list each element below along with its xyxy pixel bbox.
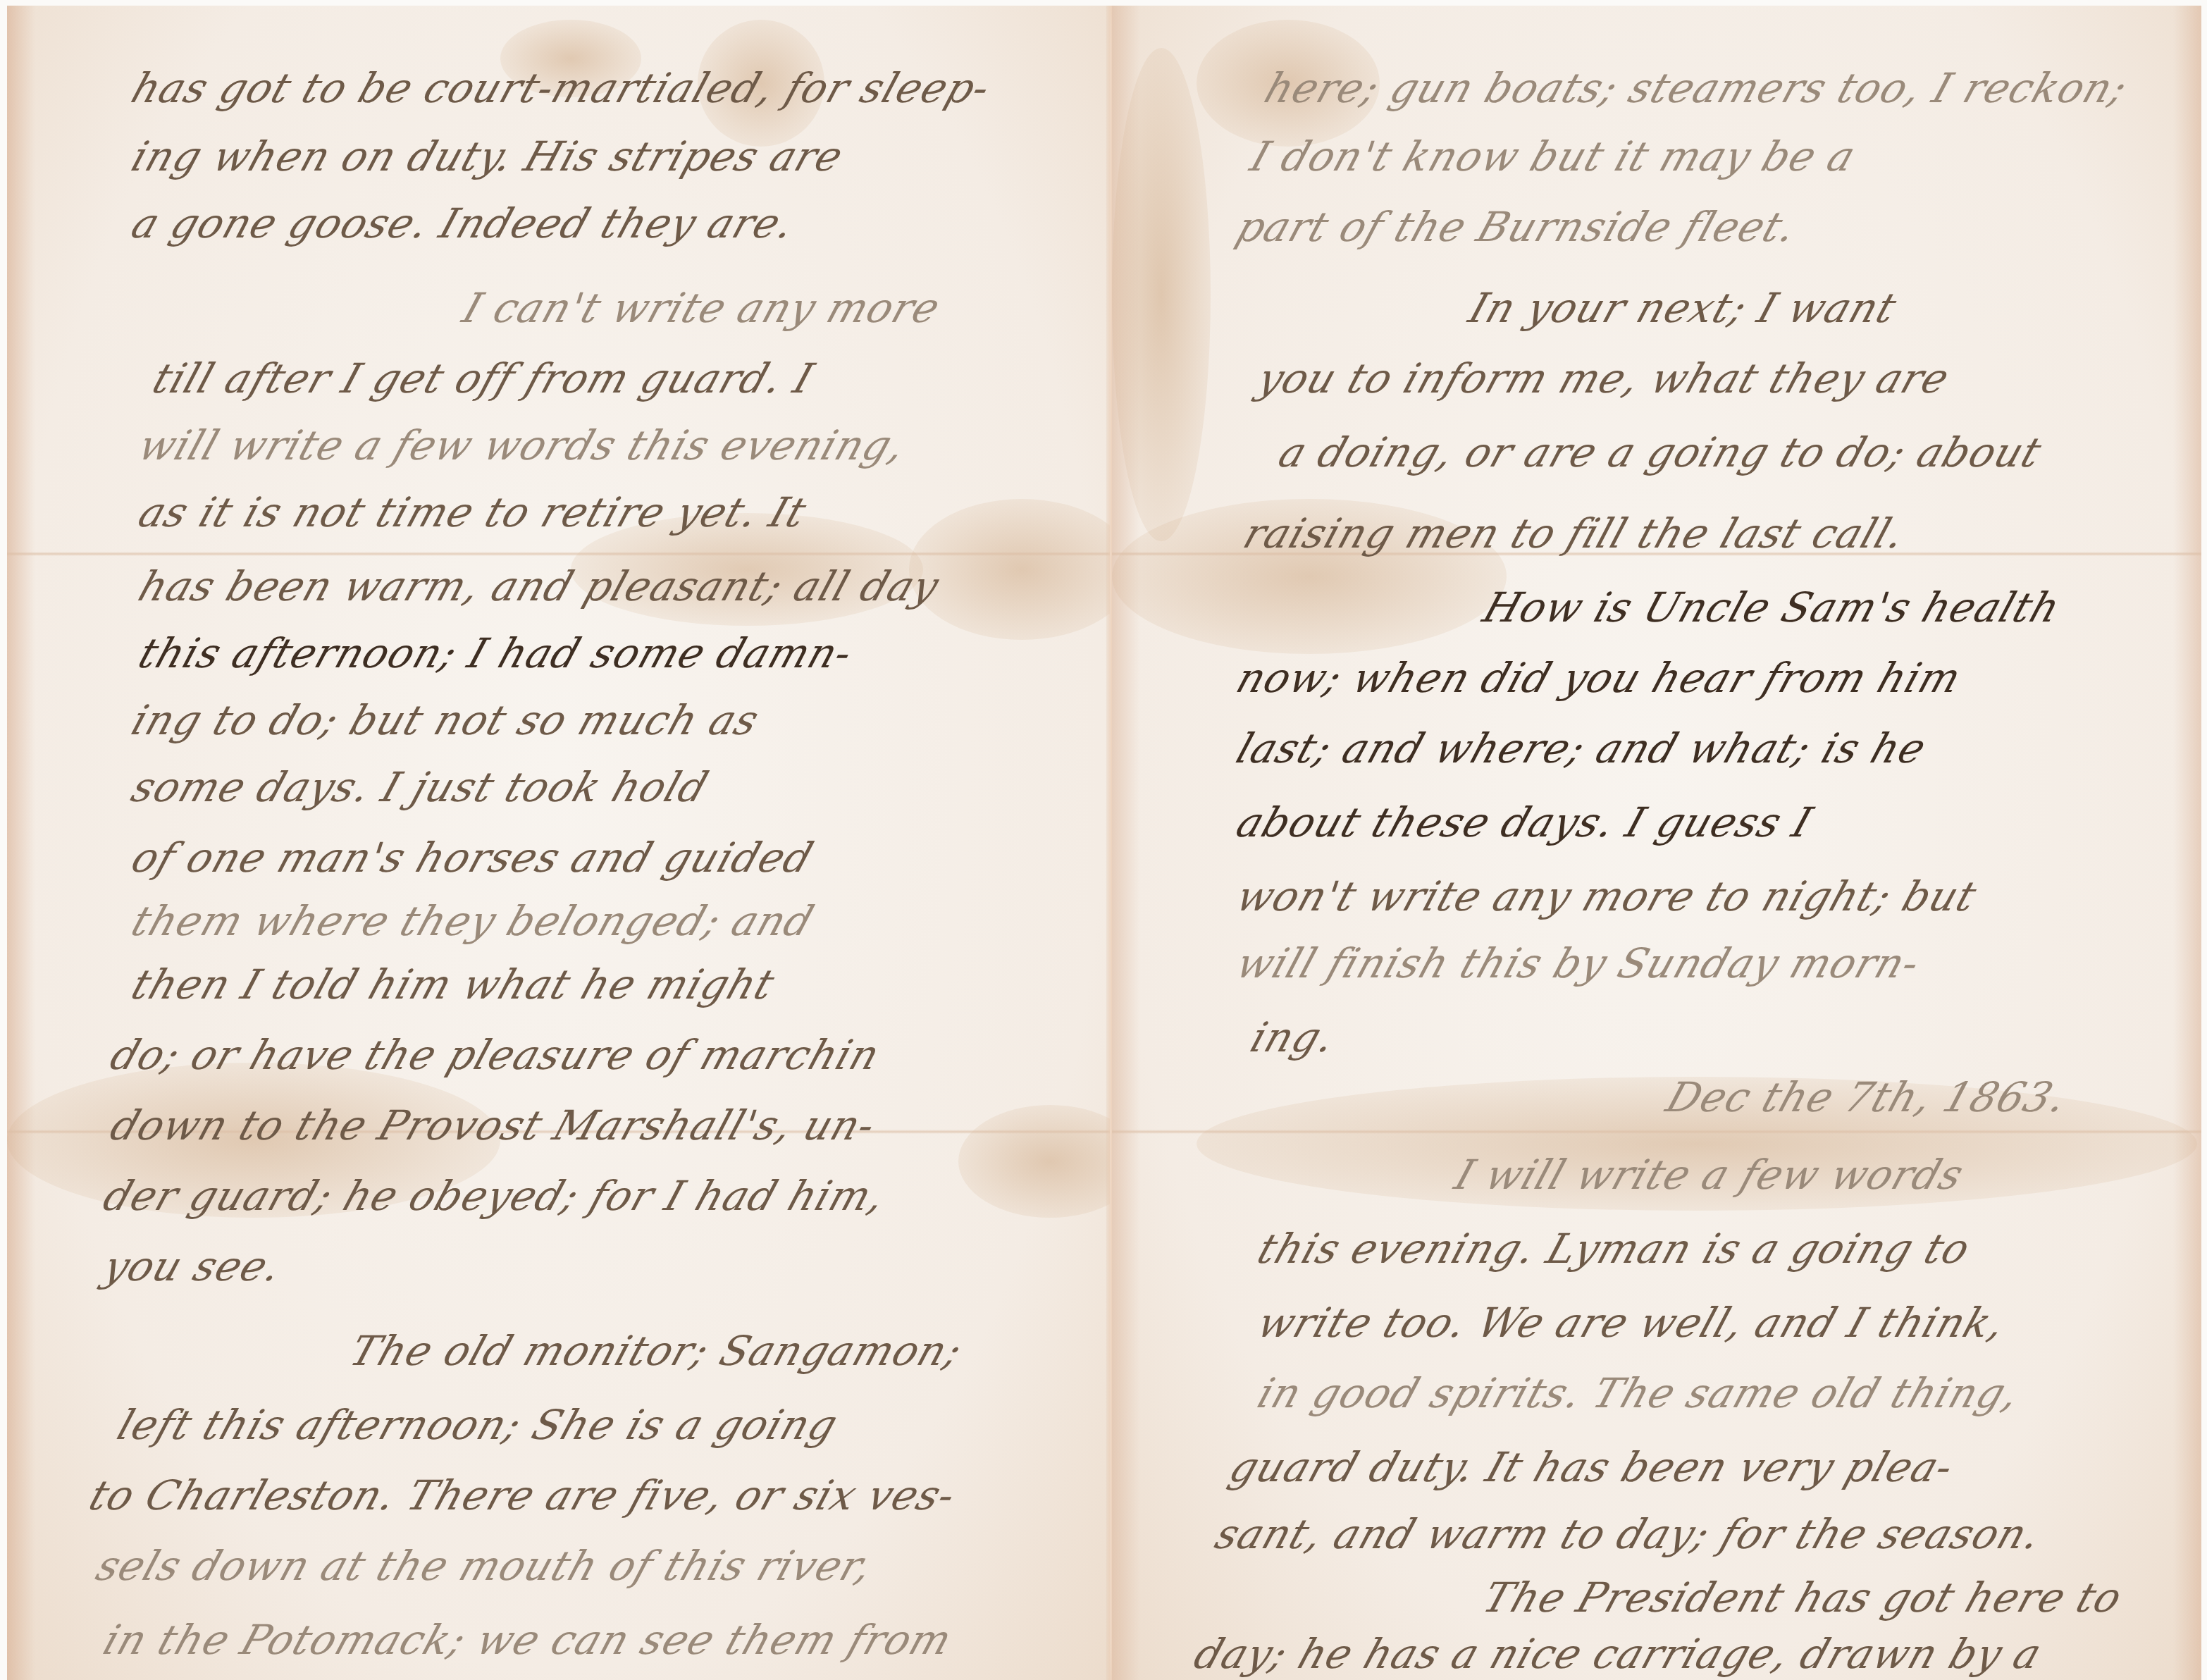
letter-line: I don't know but it may be a (1246, 136, 1861, 177)
letter-line: will finish this by Sunday morn- (1232, 943, 1925, 984)
letter-line: about these days. I guess I (1232, 802, 1817, 843)
letter-line: day; he has a nice carriage, drawn by a (1189, 1633, 2046, 1674)
letter-line: How is Uncle Sam's health (1478, 587, 2065, 628)
letter-line: write too. We are well, and I think, (1253, 1302, 2010, 1343)
letter-line: ing. (1246, 1017, 1340, 1058)
water-stain (958, 1105, 1110, 1218)
horizontal-fold (1112, 1130, 2201, 1134)
letter-sheet: has got to be court-martialed, for sleep… (7, 6, 2201, 1680)
letter-line: then I told him what he might (127, 964, 779, 1005)
letter-line: you see. (99, 1246, 287, 1287)
letter-date: Dec the 7th, 1863. (1662, 1077, 2072, 1118)
letter-line: in good spirits. The same old thing, (1253, 1373, 2024, 1414)
letter-line: won't write any more to night; but (1232, 876, 1982, 917)
letter-line: I can't write any more (458, 288, 945, 328)
letter-line: The old monitor; Sangamon; (345, 1330, 968, 1371)
letter-line: guard duty. It has been very plea- (1225, 1447, 1958, 1488)
letter-line: a doing, or are a going to do; about (1274, 432, 2046, 473)
letter-line: in the Potomack; we can see them from (99, 1619, 957, 1660)
letter-line: you to inform me, what they are (1253, 358, 1955, 399)
letter-line: sant, and warm to day; for the season. (1211, 1514, 2046, 1555)
right-page: here; gun boats; steamers too, I reckon;… (1112, 6, 2201, 1680)
letter-line: I will write a few words (1450, 1154, 1969, 1195)
letter-line: has been warm, and pleasant; all day (134, 566, 944, 607)
letter-line: ing to do; but not so much as (127, 700, 764, 741)
letter-line: down to the Provost Marshall's, un- (106, 1105, 881, 1146)
letter-line: ing when on duty. His stripes are (127, 136, 848, 177)
paper-edge-shading (7, 6, 35, 1680)
letter-line: raising men to fill the last call. (1239, 513, 1910, 554)
letter-line: them where they belonged; and (127, 901, 819, 941)
horizontal-fold (7, 552, 1110, 556)
letter-line: of one man's horses and guided (127, 837, 818, 878)
letter-line: has got to be court-martialed, for sleep… (127, 68, 996, 109)
letter-line: a gone goose. Indeed they are. (127, 203, 800, 244)
left-page: has got to be court-martialed, for sleep… (7, 6, 1110, 1680)
letter-line: do; or have the pleasure of marchin (106, 1034, 885, 1075)
letter-line: der guard; he obeyed; for I had him, (99, 1175, 891, 1216)
paper-edge-shading (2173, 6, 2201, 1680)
letter-line: will write a few words this evening, (134, 425, 911, 466)
letter-line: as it is not time to retire yet. It (134, 492, 812, 533)
letter-line: last; and where; and what; is he (1232, 728, 1931, 769)
letter-line: The President has got here to (1478, 1577, 2127, 1618)
letter-line: till after I get off from guard. I (148, 358, 819, 399)
water-stain (1112, 48, 1211, 541)
letter-line: this afternoon; I had some damn- (134, 633, 858, 674)
letter-line: left this afternoon; She is a going (113, 1404, 843, 1445)
letter-line: sels down at the mouth of this river, (92, 1545, 878, 1586)
letter-line: In your next; I want (1464, 288, 1902, 328)
letter-line: to Charleston. There are five, or six ve… (85, 1475, 961, 1516)
letter-line: this evening. Lyman is a going to (1253, 1228, 1975, 1269)
letter-line: now; when did you hear from him (1232, 657, 1966, 698)
letter-line: some days. I just took hold (127, 767, 713, 808)
letter-line: here; gun boats; steamers too, I reckon; (1260, 68, 2133, 109)
letter-line: part of the Burnside fleet. (1232, 206, 1802, 247)
